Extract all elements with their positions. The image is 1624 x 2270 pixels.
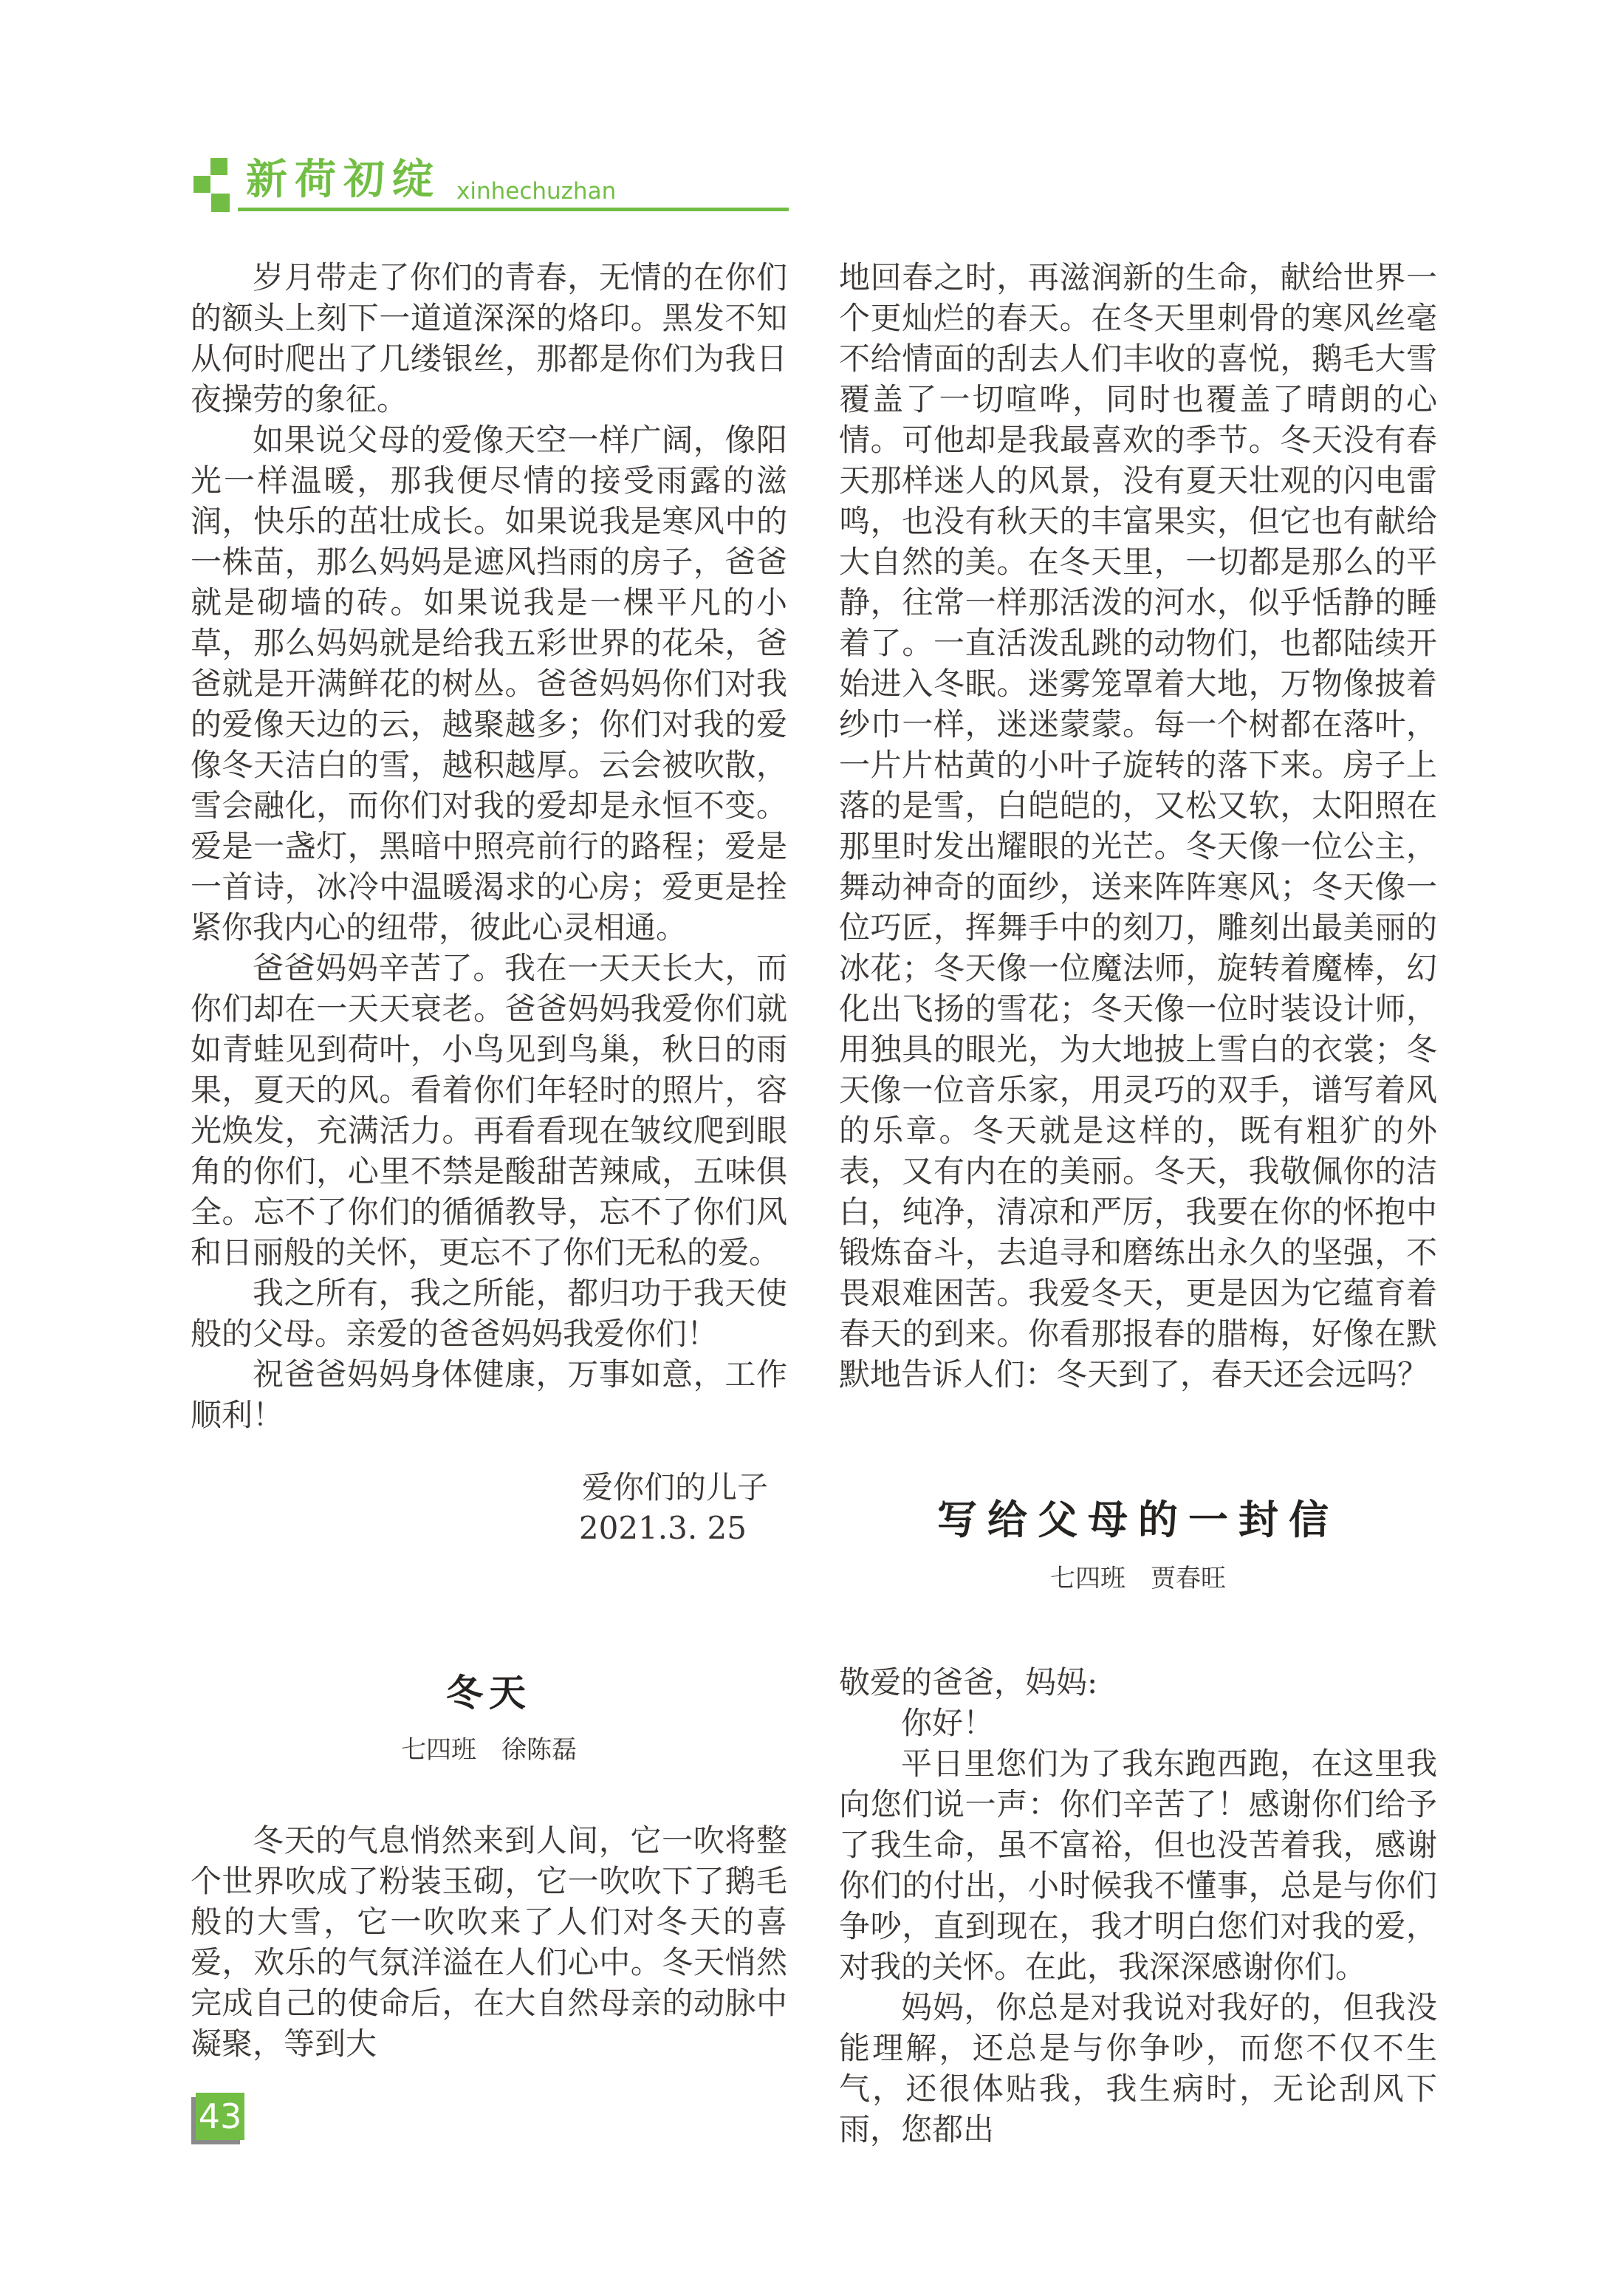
section-title: 新荷初绽	[246, 160, 441, 201]
letter-body: 敬爱的爸爸，妈妈: 你好！ 平日里您们为了我东跑西跑，在这里我向您们说一声：你们…	[839, 1662, 1437, 2150]
essay2-title: 冬天	[191, 1672, 787, 1713]
essay1-paragraph: 如果说父母的爱像天空一样广阔，像阳光一样温暖，那我便尽情的接受雨露的滋润，快乐的…	[191, 420, 787, 948]
right-column: 地回春之时，再滋润新的生命，献给世界一个更灿烂的春天。在冬天里刺骨的寒风丝毫不给…	[839, 257, 1437, 2150]
essay2-byline: 七四班 徐陈磊	[191, 1735, 787, 1765]
essay1-date: 2021.3. 25	[191, 1508, 787, 1548]
essay2-paragraph: 冬天的气息悄然来到人间，它一吹将整个世界吹成了粉装玉砌，它一吹吹下了鹅毛般的大雪…	[191, 1820, 787, 2064]
header-rule	[238, 208, 789, 211]
essay1-paragraph: 爸爸妈妈辛苦了。我在一天天长大，而你们却在一天天衰老。爸爸妈妈我爱你们就如青蛙见…	[191, 948, 787, 1273]
letter-paragraph: 平日里您们为了我东跑西跑，在这里我向您们说一声：你们辛苦了！感谢你们给予了我生命…	[839, 1743, 1437, 1987]
essay1-paragraph: 岁月带走了你们的青春，无情的在你们的额头上刻下一道道深深的烙印。黑发不知从何时爬…	[191, 257, 787, 420]
essay2-continuation: 地回春之时，再滋润新的生命，献给世界一个更灿烂的春天。在冬天里刺骨的寒风丝毫不给…	[839, 257, 1437, 1395]
page-number-badge: 43	[196, 2093, 244, 2140]
essay1-paragraph: 祝爸爸妈妈身体健康，万事如意，工作顺利！	[191, 1354, 787, 1435]
letter-title: 写给父母的一封信	[839, 1498, 1437, 1542]
essay1-signature: 爱你们的儿子	[191, 1467, 787, 1508]
essay1-paragraph: 我之所有，我之所能，都归功于我天使般的父母。亲爱的爸爸妈妈我爱你们！	[191, 1273, 787, 1354]
letter-salutation: 敬爱的爸爸，妈妈:	[839, 1662, 1437, 1703]
logo-square-top	[210, 158, 227, 175]
left-column: 岁月带走了你们的青春，无情的在你们的额头上刻下一道道深深的烙印。黑发不知从何时爬…	[191, 257, 787, 2064]
logo-square-bottom	[211, 194, 230, 212]
section-title-pinyin: xinhechuzhan	[456, 180, 616, 203]
letter-byline: 七四班 贾春旺	[839, 1564, 1437, 1594]
page-number: 43	[199, 2099, 242, 2133]
logo-square-middle	[193, 176, 210, 193]
magazine-page: 新荷初绽 xinhechuzhan 岁月带走了你们的青春，无情的在你们的额头上刻…	[0, 0, 1624, 2270]
letter-paragraph: 妈妈，你总是对我说对我好的，但我没能理解，还总是与你争吵，而您不仅不生气，还很体…	[839, 1987, 1437, 2150]
magazine-logo-icon	[193, 158, 232, 211]
letter-paragraph: 你好！	[839, 1703, 1437, 1743]
